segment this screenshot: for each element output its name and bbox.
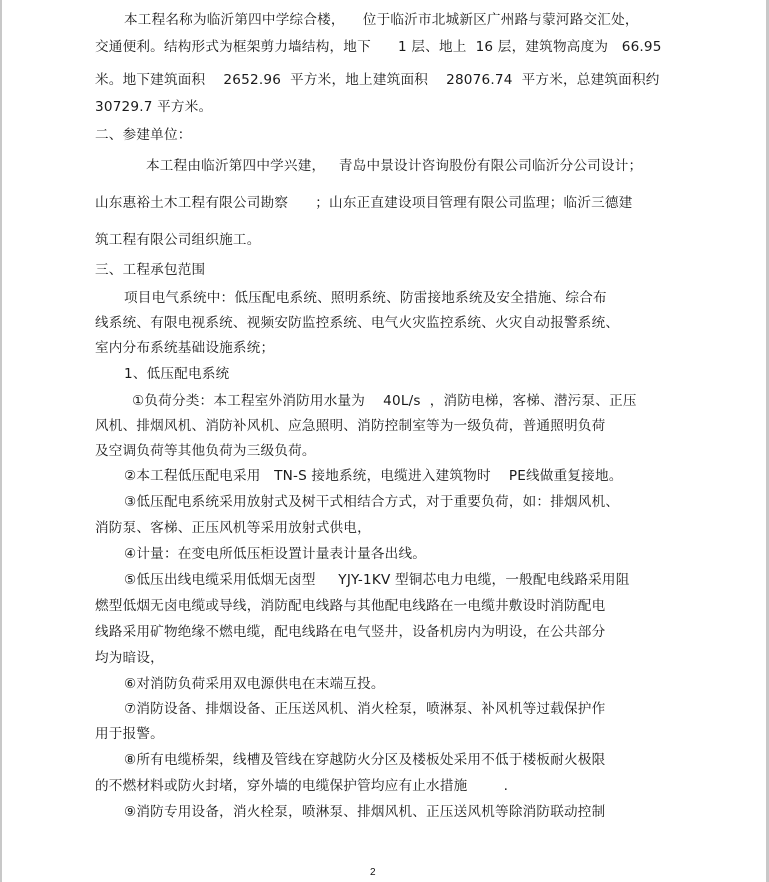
text-line: ①负荷分类：本工程室外消防用水量为 40L/s ，消防电梯，客梯、潜污泵、正压 [132, 392, 637, 410]
text-line: ⑦消防设备、排烟设备、正压送风机、消火栓泵，喷淋泵、补风机等过载保护作 [124, 700, 605, 718]
text-line: ⑤低压出线电缆采用低烟无卤型 YJY-1KV 型铜芯电力电缆，一般配电线路采用阻 [124, 571, 630, 589]
text-line: 项目电气系统中：低压配电系统、照明系统、防雷接地系统及安全措施、综合布 [124, 289, 607, 307]
text-line: 消防泵、客梯、正压风机等采用放射式供电， [95, 519, 371, 537]
list-item-metering: ④计量：在变电所低压柜设置计量表计量各出线。 [124, 545, 426, 563]
text-line: 室内分布系统基础设施系统； [95, 339, 274, 357]
text-line: 山东惠裕土木工程有限公司勘察 ；山东正直建设项目管理有限公司监理；临沂三德建 [95, 194, 633, 212]
text-line: 30729.7 平方米。 [95, 98, 212, 116]
section-heading-scope: 三、工程承包范围 [95, 261, 205, 279]
document-page: 本工程名称为临沂第四中学综合楼， 位于临沂市北城新区广州路与蒙河路交汇处， 交通… [2, 0, 766, 882]
text-line: 筑工程有限公司组织施工。 [95, 231, 261, 249]
text-line: 风机、排烟风机、消防补风机、应急照明、消防控制室等为一级负荷，普通照明负荷 [95, 417, 605, 435]
text-line: ⑧所有电缆桥架，线槽及管线在穿越防火分区及楼板处采用不低于楼板耐火极限 [124, 751, 605, 769]
text-line: 本工程由临沂第四中学兴建， 青岛中景设计咨询股份有限公司临沂分公司设计； [146, 157, 642, 175]
text-line: 燃型低烟无卤电缆或导线，消防配电线路与其他配电线路在一电缆井敷设时消防配电 [95, 597, 605, 615]
page-number: 2 [370, 867, 376, 878]
subsection-heading-low-voltage: 1、低压配电系统 [124, 365, 229, 383]
text-line: 线路采用矿物绝缘不燃电缆，配电线路在电气竖井，设备机房内为明设，在公共部分 [95, 623, 605, 641]
text-line: 用于报警。 [95, 725, 164, 743]
list-item-grounding-system: ②本工程低压配电采用 TN-S 接地系统，电缆进入建筑物时 PE线做重复接地。 [124, 467, 623, 485]
text-line: 交通便利。结构形式为框架剪力墙结构，地下 1 层、地上 16 层，建筑物高度为 … [95, 38, 662, 56]
text-line: 的不燃材料或防火封堵，穿外墙的电缆保护管均应有止水措施 . [95, 777, 508, 795]
section-heading-participants: 二、参建单位： [95, 126, 192, 144]
text-line: ③低压配电系统采用放射式及树干式相结合方式，对于重要负荷，如：排烟风机、 [124, 493, 619, 511]
text-line: 本工程名称为临沂第四中学综合楼， 位于临沂市北城新区广州路与蒙河路交汇处， [124, 11, 639, 29]
text-line: 均为暗设， [95, 649, 164, 667]
text-line: 米。地下建筑面积 2652.96 平方米，地上建筑面积 28076.74 平方米… [95, 71, 660, 89]
text-line: 及空调负荷等其他负荷为三级负荷。 [95, 442, 316, 460]
list-item-dual-power: ⑥对消防负荷采用双电源供电在末端互投。 [124, 675, 385, 693]
list-item-fire-equipment: ⑨消防专用设备，消火栓泵，喷淋泵、排烟风机、正压送风机等除消防联动控制 [124, 803, 605, 821]
text-line: 线系统、有限电视系统、视频安防监控系统、电气火灾监控系统、火灾自动报警系统、 [95, 314, 619, 332]
